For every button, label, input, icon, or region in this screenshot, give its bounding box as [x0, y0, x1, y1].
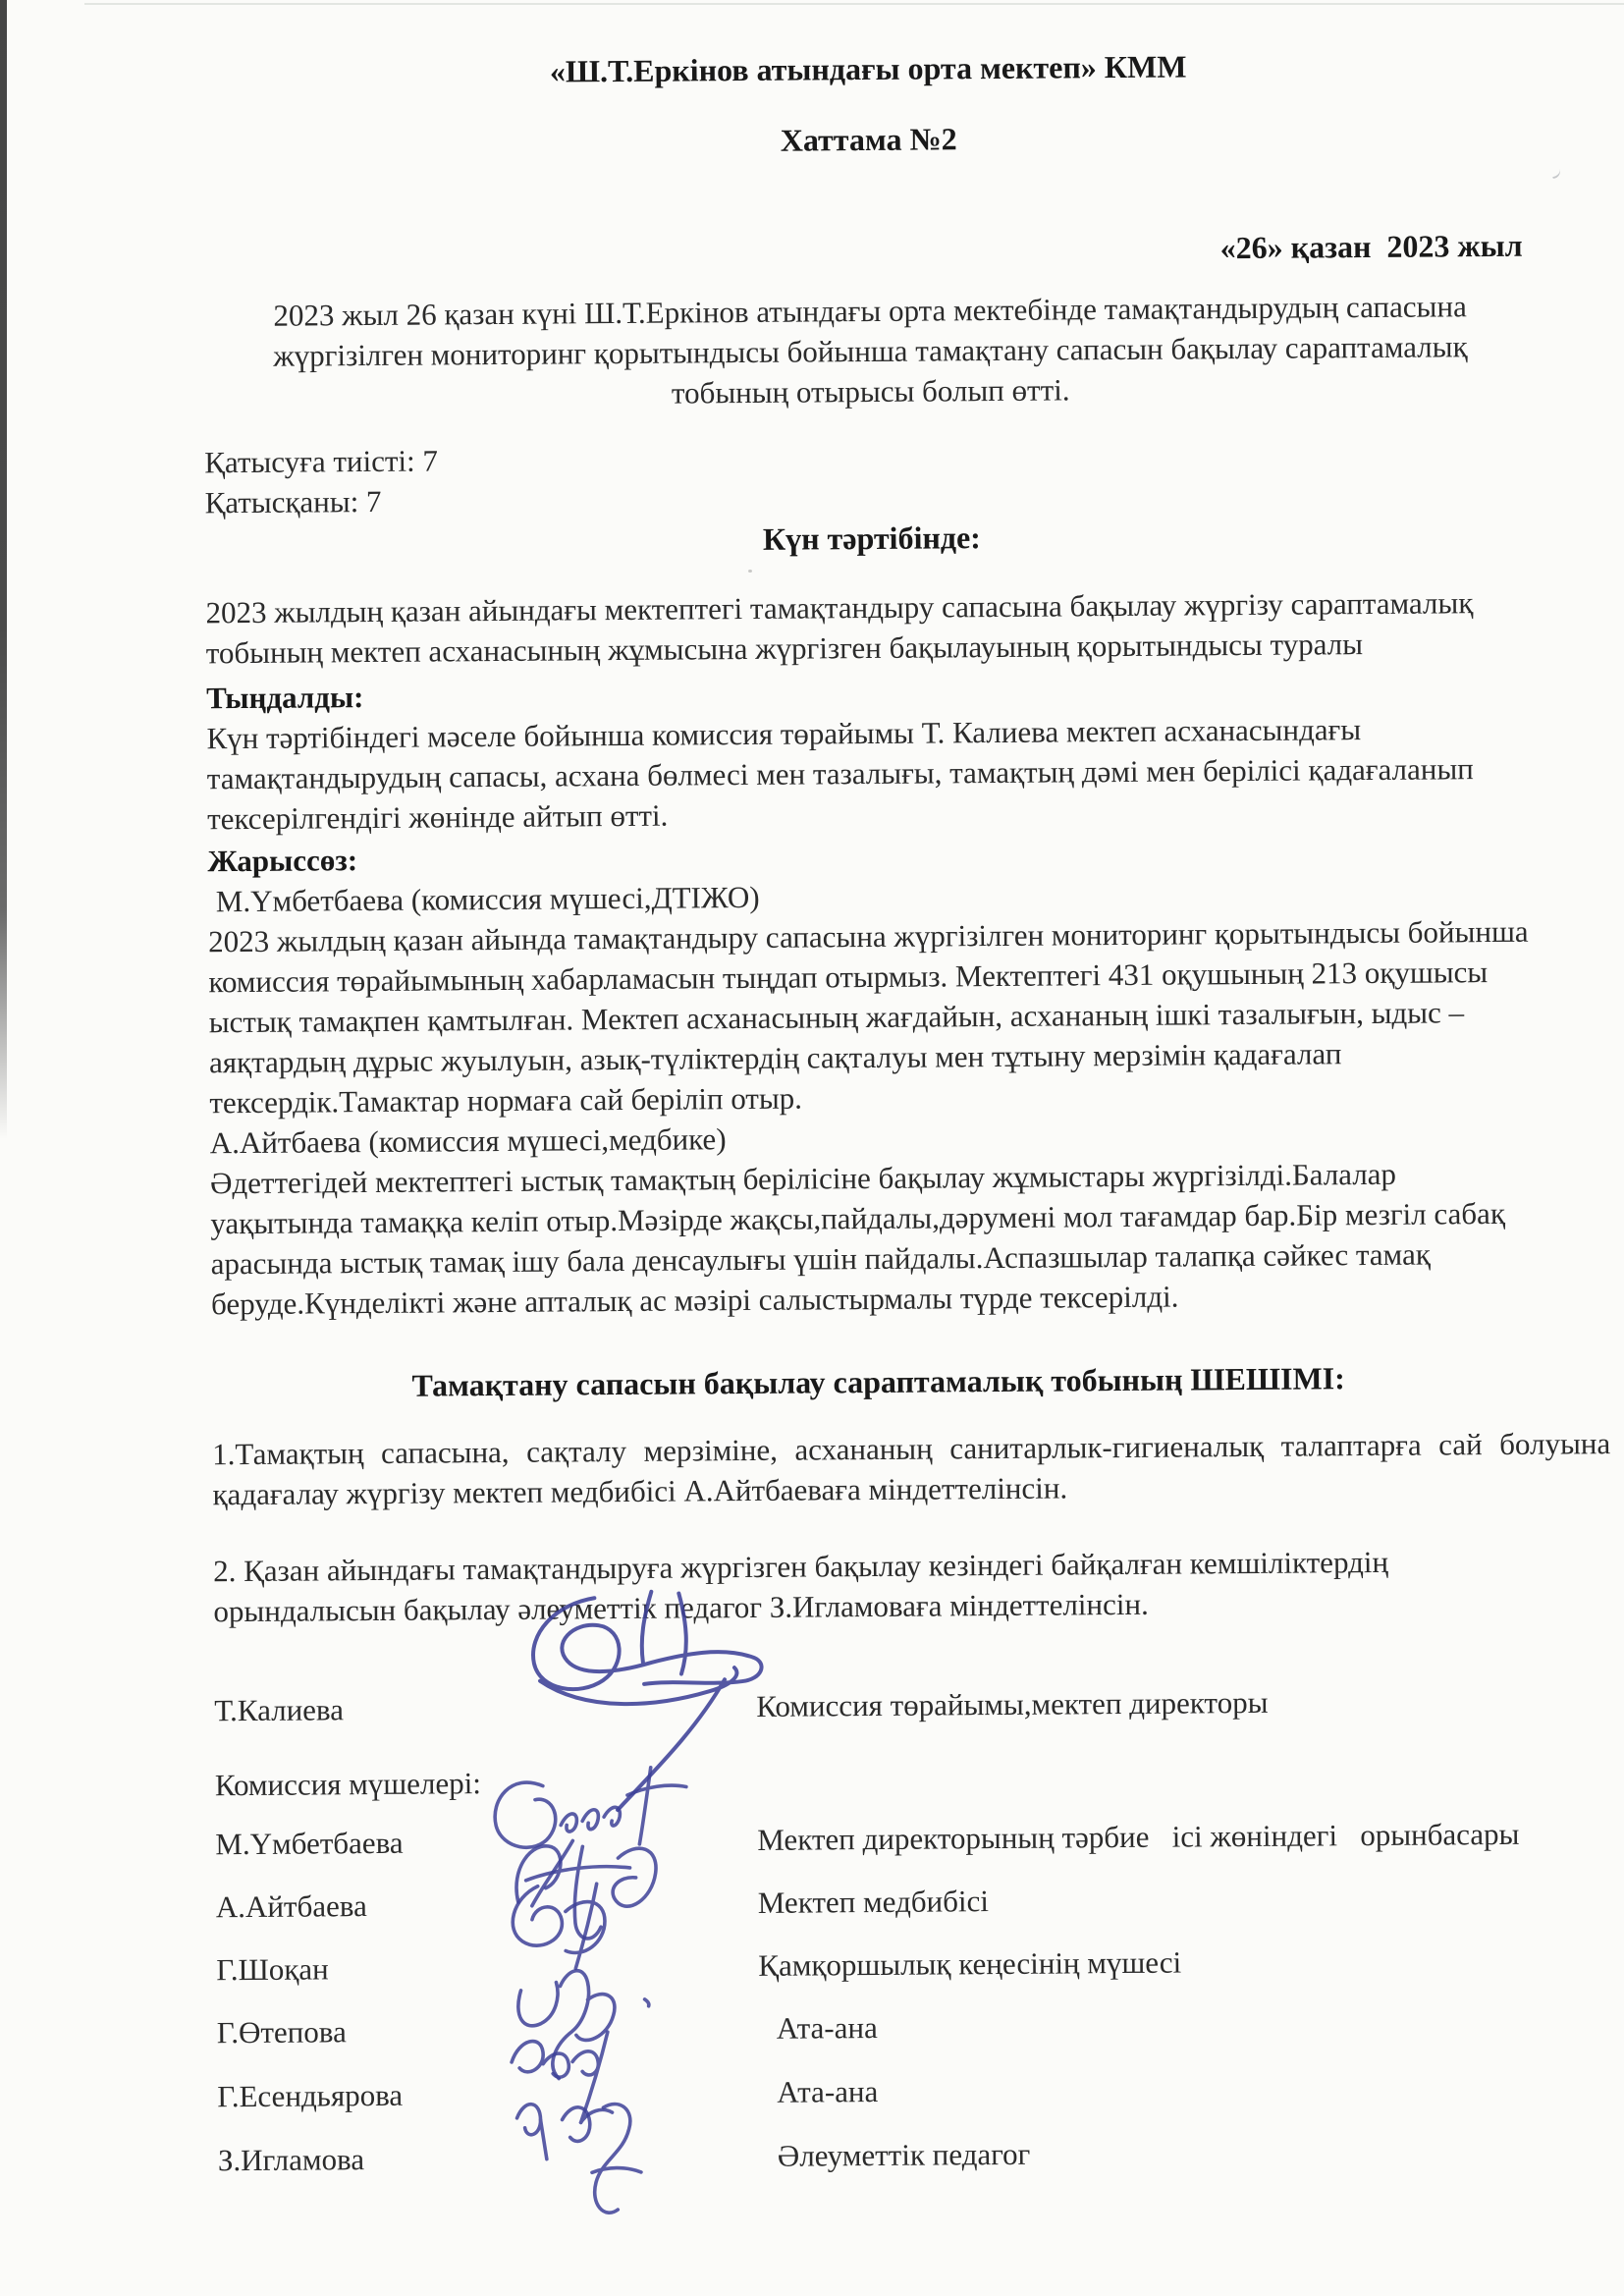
agenda-paragraph: 2023 жылдың қазан айындағы мектептегі та… — [205, 582, 1532, 674]
member-role: Ата-ана — [777, 2071, 878, 2112]
attendance-block: Қатысуға тиісті: 7 Қатысқаны: 7 — [204, 432, 1539, 523]
member-name: М.Үмбетбаева — [215, 1823, 404, 1865]
member-role: Қамқоршылық кеңесінің мүшесі — [758, 1942, 1181, 1986]
signature-row-member: Г.Есендьярова Ата-ана — [217, 2056, 1550, 2131]
signature-row-member: Г.Шоқан Қамқоршылық кеңесінің мүшесі — [216, 1930, 1549, 2003]
member-role: Ата-ана — [777, 2007, 878, 2049]
member-name: А.Айтбаева — [216, 1886, 367, 1927]
member-name: З.Игламова — [218, 2139, 364, 2180]
decision-item-1: 1.Тамақтың сапасына, сақталу мерзіміне, … — [212, 1423, 1611, 1514]
intro-paragraph: 2023 жыл 26 қазан күні Ш.Т.Еркінов атынд… — [245, 286, 1495, 416]
decision-item-2: 2. Қазан айындағы тамақтандыруға жүргізг… — [213, 1541, 1547, 1632]
signature-row-member: Г.Өтепова Ата-ана — [217, 1993, 1550, 2067]
document-content: «Ш.Т.Еркінов атындағы орта мектеп» КММ Х… — [201, 44, 1551, 2194]
signature-row-member: М.Үмбетбаева Мектеп директорының тәрбие … — [215, 1804, 1548, 1878]
member-role: Әлеуметтік педагог — [778, 2134, 1031, 2176]
protocol-title: Хаттама №2 — [202, 115, 1536, 166]
members-heading: Комиссия мүшелері: — [215, 1763, 481, 1805]
member-name: Г.Есендьярова — [217, 2075, 403, 2116]
member-name: Г.Өтепова — [217, 2011, 347, 2052]
speech1-paragraph: 2023 жылдың қазан айында тамақтандыру са… — [208, 911, 1543, 1123]
signatures-block: Т.Калиева Комиссия төрайымы,мектеп дирек… — [214, 1670, 1551, 2194]
member-name: Г.Шоқан — [216, 1948, 329, 1990]
members-heading-row: Комиссия мүшелері: — [215, 1743, 1548, 1815]
date-line: «26» қазан 2023 жыл — [202, 226, 1536, 277]
chair-name: Т.Калиева — [214, 1689, 344, 1730]
member-role: Мектеп директорының тәрбие ісі жөніндегі… — [757, 1814, 1519, 1860]
scan-speck-artifact — [1550, 168, 1562, 180]
document-page: «Ш.Т.Еркінов атындағы орта мектеп» КММ Х… — [0, 0, 1624, 2296]
decision-heading: Тамақтану сапасын бақылау сараптамалық т… — [212, 1357, 1545, 1408]
chair-role: Комиссия төрайымы,мектеп директоры — [756, 1682, 1269, 1726]
heard-paragraph: Күн тәртібіндегі мәселе бойынша комиссия… — [206, 708, 1541, 840]
signature-row-member: А.Айтбаева Мектеп медбибісі — [216, 1867, 1549, 1941]
speech2-paragraph: Әдеттегідей мектептегі ыстық тамақтың бе… — [210, 1153, 1544, 1325]
scan-top-line-artifact — [84, 3, 1624, 5]
signature-row-member: З.Игламова Әлеуметтік педагог — [218, 2120, 1551, 2194]
signature-row-chair: Т.Калиева Комиссия төрайымы,мектеп дирек… — [214, 1670, 1548, 1754]
member-role: Мектеп медбибісі — [758, 1881, 989, 1923]
organization-title: «Ш.Т.Еркінов атындағы орта мектеп» КММ — [201, 44, 1535, 95]
scan-edge-artifact — [0, 0, 7, 1139]
